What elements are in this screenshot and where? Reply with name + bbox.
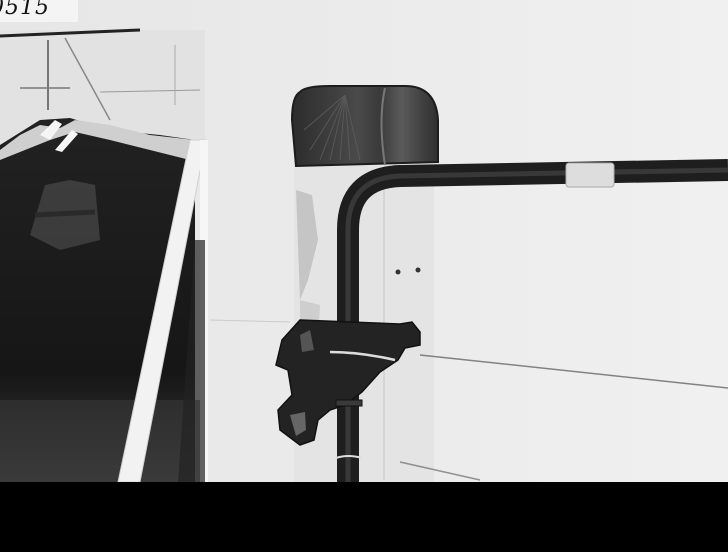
handwritten-mark: 0515 xyxy=(0,0,78,22)
black-border xyxy=(0,482,728,552)
photograph: 0515 xyxy=(0,0,728,482)
photo-scene xyxy=(0,0,728,482)
cylindrical-cap xyxy=(292,86,438,166)
rail-band xyxy=(566,163,614,187)
